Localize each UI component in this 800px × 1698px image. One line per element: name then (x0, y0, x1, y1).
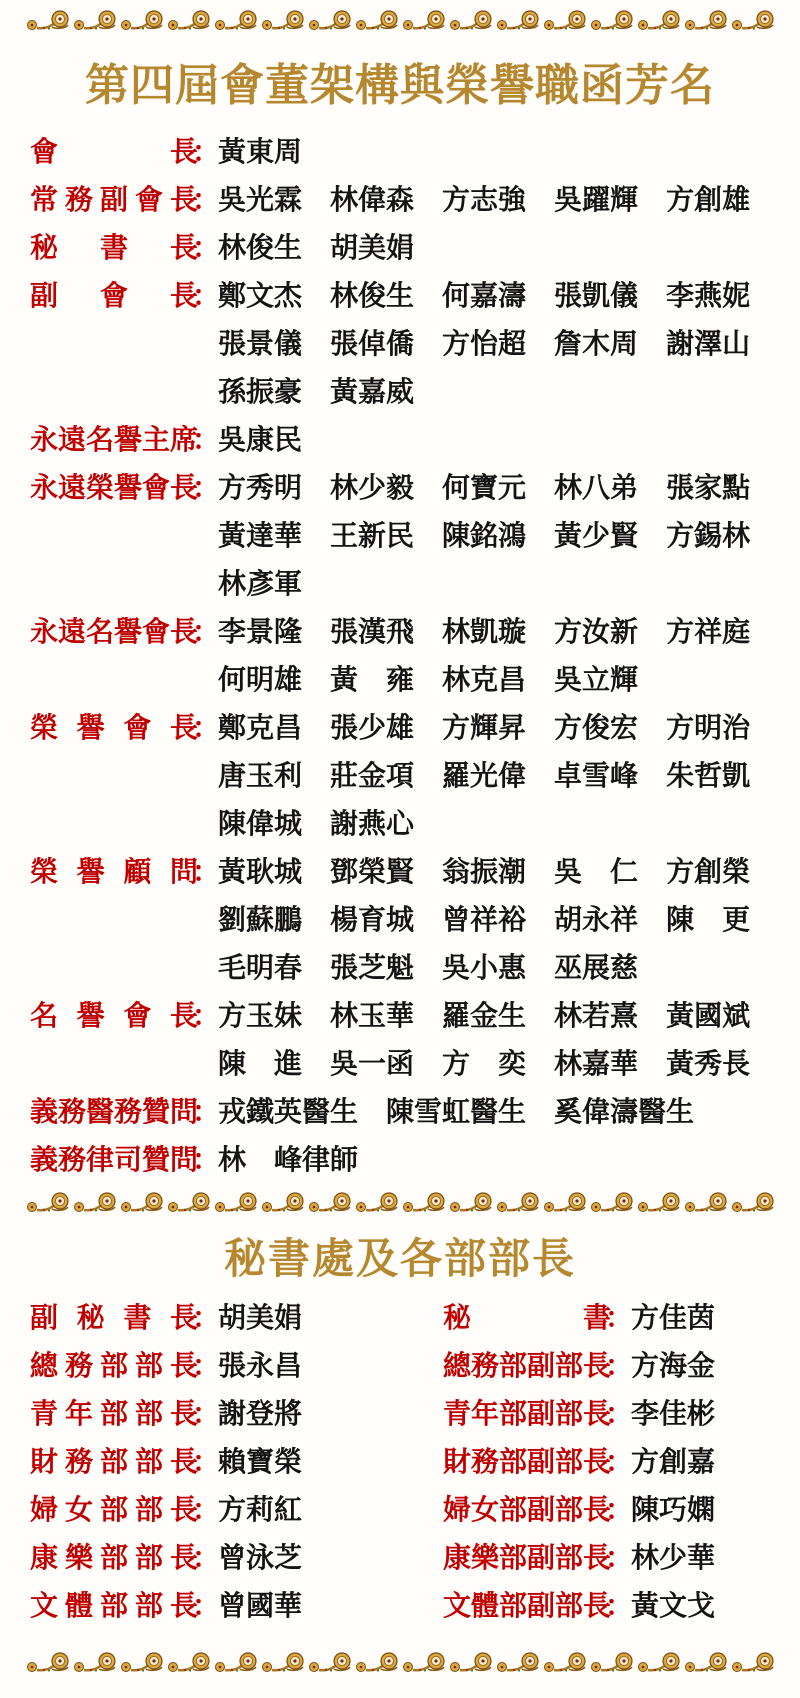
names-line: 林 峰律師 (218, 1138, 358, 1178)
person-name: 張家點 (666, 466, 750, 506)
person-name: 曾國華 (218, 1584, 302, 1624)
names-line: 林彥軍 (218, 562, 302, 602)
department-row: 婦女部部長：方莉紅婦女部副部長：陳巧嫻 (30, 1484, 800, 1532)
person-name: 卓雪峰 (554, 754, 638, 794)
names-line: 張景儀張倬僑方怡超詹木周謝澤山 (218, 322, 750, 362)
person-name: 方俊宏 (554, 706, 638, 746)
person-name: 曾祥裕 (442, 898, 526, 938)
person-name: 李景隆 (218, 610, 302, 650)
person-name: 黃少賢 (554, 514, 638, 554)
person-name: 鄭文杰 (218, 274, 302, 314)
person-name: 謝登將 (218, 1392, 302, 1432)
person-name: 鄭克昌 (218, 706, 302, 746)
role-label: 總務部副部長 (443, 1344, 611, 1384)
ornamental-divider-middle-icon (24, 1190, 776, 1216)
role-label: 青年部副部長 (443, 1392, 611, 1432)
roster-row: 榮譽會長：鄭克昌張少雄方輝昇方俊宏方明治 (30, 702, 800, 750)
person-name: 方創雄 (666, 178, 750, 218)
roster-row: ：唐玉利莊金項羅光偉卓雪峰朱哲凱 (30, 750, 800, 798)
roster-list: 會長：黃東周常務副會長：吳光霖林偉森方志強吳躍輝方創雄秘書長：林俊生胡美娟副會長… (0, 126, 800, 1182)
roster-row: 會長：黃東周 (30, 126, 800, 174)
person-name: 方佳茵 (631, 1296, 715, 1336)
names-line: 劉蘇鵬楊育城曾祥裕胡永祥陳 更 (218, 898, 750, 938)
person-name: 林偉森 (330, 178, 414, 218)
department-right-cell: 婦女部副部長：陳巧嫻 (443, 1488, 715, 1528)
colon-separator: ： (198, 1536, 218, 1576)
roster-row: 秘書長：林俊生胡美娟 (30, 222, 800, 270)
colon-separator: ： (198, 994, 218, 1034)
roster-row: ：張景儀張倬僑方怡超詹木周謝澤山 (30, 318, 800, 366)
role-label: 永遠榮譽會長 (30, 466, 198, 506)
person-name: 張永昌 (218, 1344, 302, 1384)
person-name: 李燕妮 (666, 274, 750, 314)
person-name: 陳 進 (218, 1042, 302, 1082)
role-label: 康樂部副部長 (443, 1536, 611, 1576)
role-label: 總務部部長 (30, 1344, 198, 1384)
department-left-cell: 總務部部長：張永昌 (30, 1344, 443, 1384)
colon-separator: ： (198, 418, 218, 458)
role-label: 秘書長 (30, 226, 198, 266)
colon-separator: ： (198, 1344, 218, 1384)
role-label: 榮譽會長 (30, 706, 198, 746)
person-name: 吳光霖 (218, 178, 302, 218)
person-name: 黃達華 (218, 514, 302, 554)
roster-row: 常務副會長：吳光霖林偉森方志強吳躍輝方創雄 (30, 174, 800, 222)
role-label: 文體部副部長 (443, 1584, 611, 1624)
colon-separator: ： (198, 130, 218, 170)
person-name: 謝澤山 (666, 322, 750, 362)
person-name: 方莉紅 (218, 1488, 302, 1528)
colon-separator: ： (198, 1440, 218, 1480)
department-right-cell: 總務部副部長：方海金 (443, 1344, 715, 1384)
person-name: 陳巧嫻 (631, 1488, 715, 1528)
department-right-cell: 文體部副部長：黃文戈 (443, 1584, 715, 1624)
department-right-cell: 財務部副部長：方創嘉 (443, 1440, 715, 1480)
person-name: 林玉華 (330, 994, 414, 1034)
role-label: 康樂部部長 (30, 1536, 198, 1576)
colon-separator: ： (611, 1488, 631, 1528)
names-line: 鄭文杰林俊生何嘉濤張凱儀李燕妮 (218, 274, 750, 314)
person-name: 方海金 (631, 1344, 715, 1384)
roster-row: ：陳偉城謝燕心 (30, 798, 800, 846)
colon-separator: ： (198, 274, 218, 314)
department-right-cell: 秘書：方佳茵 (443, 1296, 715, 1336)
department-left-cell: 婦女部部長：方莉紅 (30, 1488, 443, 1528)
person-name: 胡美娟 (330, 226, 414, 266)
person-name: 孫振豪 (218, 370, 302, 410)
role-label: 財務部部長 (30, 1440, 198, 1480)
person-name: 方明治 (666, 706, 750, 746)
roster-row: 名譽會長：方玉妹林玉華羅金生林若熹黃國斌 (30, 990, 800, 1038)
roster-row: 副會長：鄭文杰林俊生何嘉濤張凱儀李燕妮 (30, 270, 800, 318)
person-name: 方創嘉 (631, 1440, 715, 1480)
names-line: 李景隆張漢飛林凱璇方汝新方祥庭 (218, 610, 750, 650)
person-name: 陳 更 (666, 898, 750, 938)
person-name: 林若熹 (554, 994, 638, 1034)
role-label: 文體部部長 (30, 1584, 198, 1624)
colon-separator: ： (198, 1392, 218, 1432)
person-name: 張芝魁 (330, 946, 414, 986)
role-label: 義務醫務贊問 (30, 1090, 198, 1130)
roster-row: 永遠名譽會長：李景隆張漢飛林凱璇方汝新方祥庭 (30, 606, 800, 654)
person-name: 方秀明 (218, 466, 302, 506)
person-name: 黃秀長 (666, 1042, 750, 1082)
colon-separator: ： (198, 610, 218, 650)
colon-separator: ： (198, 1584, 218, 1624)
colon-separator: ： (198, 178, 218, 218)
person-name: 何嘉濤 (442, 274, 526, 314)
role-label: 永遠名譽主席 (30, 418, 198, 458)
person-name: 曾泳芝 (218, 1536, 302, 1576)
role-label: 常務副會長 (30, 178, 198, 218)
ornamental-divider-top-icon (24, 8, 776, 34)
person-name: 陳銘鴻 (442, 514, 526, 554)
department-row: 財務部部長：賴寶榮財務部副部長：方創嘉 (30, 1436, 800, 1484)
role-label: 會長 (30, 130, 198, 170)
role-label: 副秘書長 (30, 1296, 198, 1336)
names-line: 吳光霖林偉森方志強吳躍輝方創雄 (218, 178, 750, 218)
role-label: 名譽會長 (30, 994, 198, 1034)
person-name: 巫展慈 (554, 946, 638, 986)
department-row: 文體部部長：曾國華文體部副部長：黃文戈 (30, 1580, 800, 1628)
person-name: 林克昌 (442, 658, 526, 698)
department-left-cell: 青年部部長：謝登將 (30, 1392, 443, 1432)
names-line: 戎鐵英醫生陳雪虹醫生奚偉濤醫生 (218, 1090, 694, 1130)
role-label: 財務部副部長 (443, 1440, 611, 1480)
roster-row: ：陳 進吳一函方 奕林嘉華黃秀長 (30, 1038, 800, 1086)
page: 第四屆會董架構與榮譽職函芳名 會長：黃東周常務副會長：吳光霖林偉森方志強吳躍輝方… (0, 0, 800, 1698)
colon-separator: ： (198, 1090, 218, 1130)
roster-row: ：何明雄黃 雍林克昌吳立輝 (30, 654, 800, 702)
person-name: 林彥軍 (218, 562, 302, 602)
department-right-cell: 康樂部副部長：林少華 (443, 1536, 715, 1576)
person-name: 林俊生 (218, 226, 302, 266)
colon-separator: ： (198, 466, 218, 506)
person-name: 林少毅 (330, 466, 414, 506)
person-name: 方創榮 (666, 850, 750, 890)
departments-list: 副秘書長：胡美娟秘書：方佳茵總務部部長：張永昌總務部副部長：方海金青年部部長：謝… (0, 1292, 800, 1628)
person-name: 吳康民 (218, 418, 302, 458)
person-name: 羅光偉 (442, 754, 526, 794)
person-name: 何明雄 (218, 658, 302, 698)
person-name: 鄧榮賢 (330, 850, 414, 890)
role-label: 榮譽顧問 (30, 850, 198, 890)
colon-separator: ： (611, 1536, 631, 1576)
person-name: 莊金項 (330, 754, 414, 794)
role-label: 婦女部副部長 (443, 1488, 611, 1528)
person-name: 詹木周 (554, 322, 638, 362)
person-name: 戎鐵英醫生 (218, 1090, 358, 1130)
person-name: 奚偉濤醫生 (554, 1090, 694, 1130)
roster-row: 榮譽顧問：黃耿城鄧榮賢翁振潮吳 仁方創榮 (30, 846, 800, 894)
person-name: 吳立輝 (554, 658, 638, 698)
department-left-cell: 副秘書長：胡美娟 (30, 1296, 443, 1336)
person-name: 胡永祥 (554, 898, 638, 938)
role-label: 義務律司贊問 (30, 1138, 198, 1178)
person-name: 何寶元 (442, 466, 526, 506)
department-left-cell: 康樂部部長：曾泳芝 (30, 1536, 443, 1576)
page-title: 第四屆會董架構與榮譽職函芳名 (0, 58, 800, 114)
person-name: 謝燕心 (330, 802, 414, 842)
colon-separator: ： (198, 1138, 218, 1178)
role-label: 秘書 (443, 1296, 611, 1336)
roster-row: ：孫振豪黃嘉威 (30, 366, 800, 414)
roster-row: 義務律司贊問：林 峰律師 (30, 1134, 800, 1182)
person-name: 張倬僑 (330, 322, 414, 362)
role-label: 永遠名譽會長 (30, 610, 198, 650)
person-name: 張景儀 (218, 322, 302, 362)
person-name: 林凱璇 (442, 610, 526, 650)
person-name: 唐玉利 (218, 754, 302, 794)
person-name: 羅金生 (442, 994, 526, 1034)
person-name: 張漢飛 (330, 610, 414, 650)
colon-separator: ： (198, 226, 218, 266)
role-label: 青年部部長 (30, 1392, 198, 1432)
department-left-cell: 文體部部長：曾國華 (30, 1584, 443, 1624)
colon-separator: ： (198, 706, 218, 746)
department-row: 青年部部長：謝登將青年部副部長：李佳彬 (30, 1388, 800, 1436)
person-name: 黃耿城 (218, 850, 302, 890)
person-name: 朱哲凱 (666, 754, 750, 794)
role-label: 副會長 (30, 274, 198, 314)
names-line: 孫振豪黃嘉威 (218, 370, 414, 410)
person-name: 張凱儀 (554, 274, 638, 314)
names-line: 鄭克昌張少雄方輝昇方俊宏方明治 (218, 706, 750, 746)
person-name: 陳雪虹醫生 (386, 1090, 526, 1130)
colon-separator: ： (611, 1344, 631, 1384)
colon-separator: ： (198, 1488, 218, 1528)
person-name: 翁振潮 (442, 850, 526, 890)
person-name: 方志強 (442, 178, 526, 218)
names-line: 吳康民 (218, 418, 302, 458)
person-name: 黃東周 (218, 130, 302, 170)
colon-separator: ： (198, 850, 218, 890)
person-name: 黃文戈 (631, 1584, 715, 1624)
person-name: 林嘉華 (554, 1042, 638, 1082)
colon-separator: ： (611, 1392, 631, 1432)
person-name: 黃 雍 (330, 658, 414, 698)
department-row: 副秘書長：胡美娟秘書：方佳茵 (30, 1292, 800, 1340)
person-name: 方祥庭 (666, 610, 750, 650)
colon-separator: ： (611, 1296, 631, 1336)
person-name: 王新民 (330, 514, 414, 554)
person-name: 方錫林 (666, 514, 750, 554)
colon-separator: ： (611, 1440, 631, 1480)
person-name: 林八弟 (554, 466, 638, 506)
person-name: 賴寶榮 (218, 1440, 302, 1480)
roster-row: 永遠名譽主席：吳康民 (30, 414, 800, 462)
person-name: 黃嘉威 (330, 370, 414, 410)
names-line: 陳 進吳一函方 奕林嘉華黃秀長 (218, 1042, 750, 1082)
department-row: 康樂部部長：曾泳芝康樂部副部長：林少華 (30, 1532, 800, 1580)
role-label: 婦女部部長 (30, 1488, 198, 1528)
names-line: 唐玉利莊金項羅光偉卓雪峰朱哲凱 (218, 754, 750, 794)
colon-separator: ： (198, 1296, 218, 1336)
department-right-cell: 青年部副部長：李佳彬 (443, 1392, 715, 1432)
names-line: 林俊生胡美娟 (218, 226, 414, 266)
roster-row: ：黃達華王新民陳銘鴻黃少賢方錫林 (30, 510, 800, 558)
person-name: 劉蘇鵬 (218, 898, 302, 938)
department-row: 總務部部長：張永昌總務部副部長：方海金 (30, 1340, 800, 1388)
person-name: 吳躍輝 (554, 178, 638, 218)
person-name: 吳 仁 (554, 850, 638, 890)
names-line: 何明雄黃 雍林克昌吳立輝 (218, 658, 638, 698)
names-line: 陳偉城謝燕心 (218, 802, 414, 842)
names-line: 毛明春張芝魁吳小惠巫展慈 (218, 946, 638, 986)
names-line: 黃達華王新民陳銘鴻黃少賢方錫林 (218, 514, 750, 554)
person-name: 吳一函 (330, 1042, 414, 1082)
person-name: 吳小惠 (442, 946, 526, 986)
ornamental-divider-bottom-icon (24, 1650, 776, 1676)
person-name: 方 奕 (442, 1042, 526, 1082)
roster-row: ：林彥軍 (30, 558, 800, 606)
person-name: 方玉妹 (218, 994, 302, 1034)
person-name: 胡美娟 (218, 1296, 302, 1336)
person-name: 陳偉城 (218, 802, 302, 842)
person-name: 毛明春 (218, 946, 302, 986)
roster-row: ：劉蘇鵬楊育城曾祥裕胡永祥陳 更 (30, 894, 800, 942)
person-name: 林俊生 (330, 274, 414, 314)
person-name: 方汝新 (554, 610, 638, 650)
names-line: 方玉妹林玉華羅金生林若熹黃國斌 (218, 994, 750, 1034)
person-name: 黃國斌 (666, 994, 750, 1034)
colon-separator: ： (611, 1584, 631, 1624)
person-name: 方輝昇 (442, 706, 526, 746)
roster-row: 義務醫務贊問：戎鐵英醫生陳雪虹醫生奚偉濤醫生 (30, 1086, 800, 1134)
names-line: 黃耿城鄧榮賢翁振潮吳 仁方創榮 (218, 850, 750, 890)
roster-row: 永遠榮譽會長：方秀明林少毅何寶元林八弟張家點 (30, 462, 800, 510)
person-name: 方怡超 (442, 322, 526, 362)
person-name: 張少雄 (330, 706, 414, 746)
person-name: 楊育城 (330, 898, 414, 938)
department-left-cell: 財務部部長：賴寶榮 (30, 1440, 443, 1480)
roster-row: ：毛明春張芝魁吳小惠巫展慈 (30, 942, 800, 990)
person-name: 林 峰律師 (218, 1138, 358, 1178)
names-line: 方秀明林少毅何寶元林八弟張家點 (218, 466, 750, 506)
person-name: 李佳彬 (631, 1392, 715, 1432)
person-name: 林少華 (631, 1536, 715, 1576)
section-title: 秘書處及各部部長 (0, 1232, 800, 1286)
names-line: 黃東周 (218, 130, 302, 170)
